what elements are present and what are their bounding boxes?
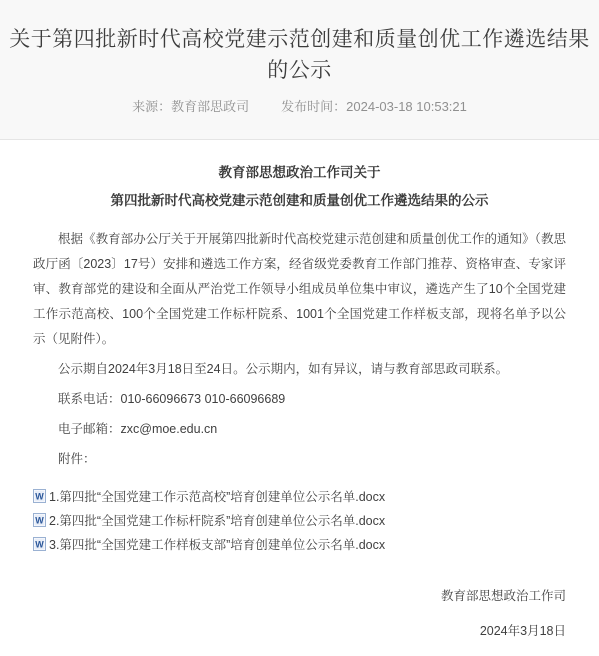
signature-date: 2024年3月18日 bbox=[33, 619, 566, 644]
publish-time-value: 2024-03-18 10:53:21 bbox=[346, 99, 467, 114]
attachment-label: 1.第四批“全国党建工作示范高校”培育创建单位公示名单.docx bbox=[49, 487, 385, 505]
paragraph-intro: 根据《教育部办公厅关于开展第四批新时代高校党建示范创建和质量创优工作的通知》（教… bbox=[33, 227, 566, 352]
attachment-list: W 1.第四批“全国党建工作示范高校”培育创建单位公示名单.docx W 2.第… bbox=[33, 484, 566, 556]
notice-body: 教育部思想政治工作司关于 第四批新时代高校党建示范创建和质量创优工作遴选结果的公… bbox=[0, 140, 599, 656]
svg-text:W: W bbox=[35, 492, 44, 502]
paragraph-publicity-period: 公示期自2024年3月18日至24日。公示期内，如有异议，请与教育部思政司联系。 bbox=[33, 357, 566, 382]
doc-heading-line2: 第四批新时代高校党建示范创建和质量创优工作遴选结果的公示 bbox=[33, 190, 566, 211]
publish-time-meta: 发布时间：2024-03-18 10:53:21 bbox=[281, 99, 467, 115]
doc-heading-line1: 教育部思想政治工作司关于 bbox=[33, 162, 566, 183]
paragraph-contact-phone: 联系电话：010-66096673 010-66096689 bbox=[33, 387, 566, 412]
page-title: 关于第四批新时代高校党建示范创建和质量创优工作遴选结果的公示 bbox=[6, 24, 593, 86]
paragraph-contact-email: 电子邮箱：zxc@moe.edu.cn bbox=[33, 417, 566, 442]
word-doc-icon: W bbox=[33, 513, 46, 527]
article-meta: 来源：教育部思政司 发布时间：2024-03-18 10:53:21 bbox=[6, 99, 593, 115]
source-meta: 来源：教育部思政司 bbox=[132, 99, 249, 115]
source-label: 来源： bbox=[132, 99, 171, 114]
paragraph-attachments-label: 附件： bbox=[33, 447, 566, 472]
article-header: 关于第四批新时代高校党建示范创建和质量创优工作遴选结果的公示 来源：教育部思政司… bbox=[0, 0, 599, 140]
svg-text:W: W bbox=[35, 540, 44, 550]
word-doc-icon: W bbox=[33, 489, 46, 503]
attachment-link[interactable]: W 1.第四批“全国党建工作示范高校”培育创建单位公示名单.docx bbox=[33, 484, 566, 508]
publish-time-label: 发布时间： bbox=[281, 99, 346, 114]
svg-text:W: W bbox=[35, 516, 44, 526]
attachment-link[interactable]: W 2.第四批“全国党建工作标杆院系”培育创建单位公示名单.docx bbox=[33, 508, 566, 532]
attachment-label: 2.第四批“全国党建工作标杆院系”培育创建单位公示名单.docx bbox=[49, 511, 385, 529]
signature-org: 教育部思想政治工作司 bbox=[33, 584, 566, 609]
attachment-link[interactable]: W 3.第四批“全国党建工作样板支部”培育创建单位公示名单.docx bbox=[33, 532, 566, 556]
word-doc-icon: W bbox=[33, 537, 46, 551]
source-value: 教育部思政司 bbox=[171, 99, 249, 114]
attachment-label: 3.第四批“全国党建工作样板支部”培育创建单位公示名单.docx bbox=[49, 535, 385, 553]
